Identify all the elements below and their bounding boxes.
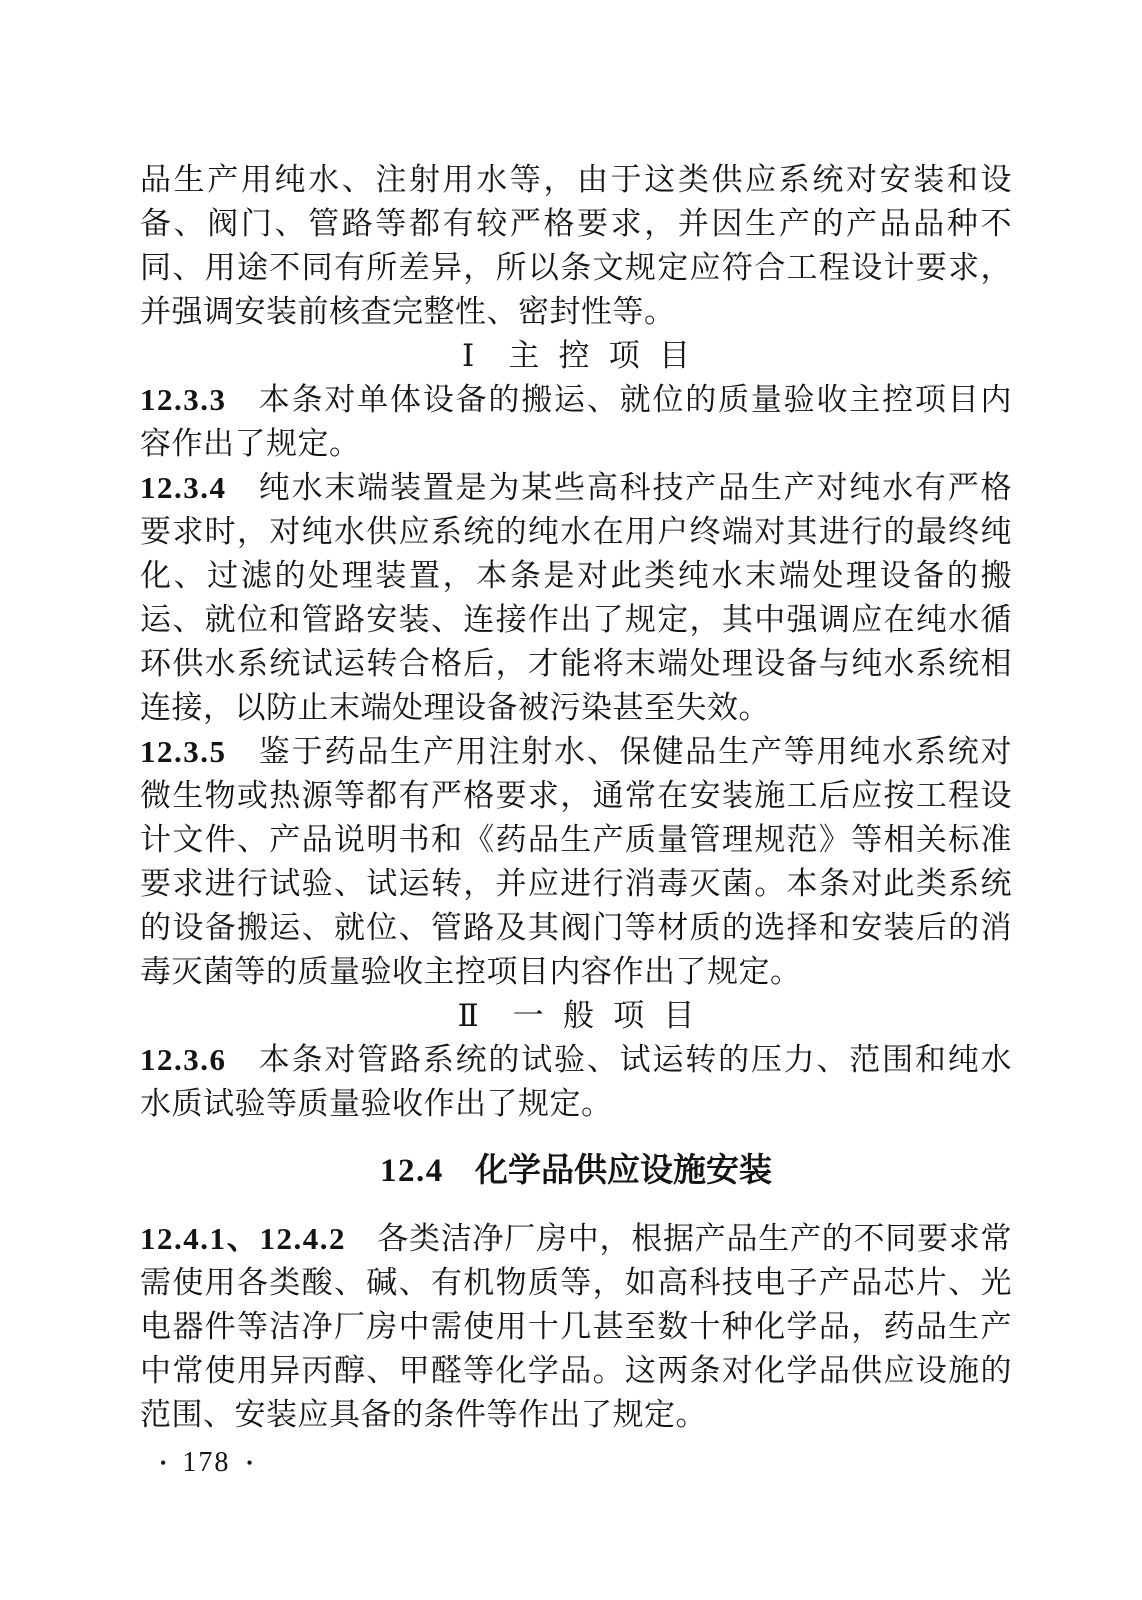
clause-12-3-6: 12.3.6本条对管路系统的试验、试运转的压力、范围和纯水水质试验等质量验收作出…: [140, 1038, 1012, 1126]
clause-number-12-3-5: 12.3.5: [140, 734, 227, 769]
heading-general-label: 一般项目: [513, 998, 714, 1033]
section-number-12-4: 12.4: [380, 1153, 444, 1189]
clause-number-12-3-4: 12.3.4: [140, 470, 227, 505]
footer-right-dot: •: [246, 1445, 252, 1481]
roman-numeral-one: Ⅰ: [462, 338, 474, 373]
document-page: 品生产用纯水、注射用水等，由于这类供应系统对安装和设备、阀门、管路等都有较严格要…: [0, 0, 1142, 1600]
clause-number-12-3-3: 12.3.3: [140, 382, 227, 417]
clause-12-3-4: 12.3.4纯水末端装置是为某些高科技产品生产对纯水有严格要求时，对纯水供应系统…: [140, 466, 1012, 730]
clause-12-3-3: 12.3.3本条对单体设备的搬运、就位的质量验收主控项目内容作出了规定。: [140, 378, 1012, 466]
clause-text-12-3-5: 鉴于药品生产用注射水、保健品生产等用纯水系统对微生物或热源等都有严格要求，通常在…: [140, 734, 1012, 989]
clause-text-12-3-4: 纯水末端装置是为某些高科技产品生产对纯水有严格要求时，对纯水供应系统的纯水在用户…: [140, 470, 1012, 725]
clause-number-12-3-6: 12.3.6: [140, 1042, 227, 1077]
clause-12-4-1-12-4-2: 12.4.1、12.4.2各类洁净厂房中，根据产品生产的不同要求常需使用各类酸、…: [140, 1217, 1012, 1437]
heading-general-items: Ⅱ一般项目: [140, 994, 1012, 1038]
clause-number-12-4-1-12-4-2: 12.4.1、12.4.2: [140, 1221, 346, 1256]
footer-left-dot: •: [160, 1445, 166, 1481]
continuation-paragraph: 品生产用纯水、注射用水等，由于这类供应系统对安装和设备、阀门、管路等都有较严格要…: [140, 158, 1012, 334]
section-heading-12-4: 12.4化学品供应设施安装: [140, 1148, 1012, 1193]
page-number: 178: [182, 1445, 230, 1481]
roman-numeral-two: Ⅱ: [458, 998, 479, 1033]
clause-text-12-3-3: 本条对单体设备的搬运、就位的质量验收主控项目内容作出了规定。: [140, 382, 1012, 461]
heading-main-control-label: 主控项目: [508, 338, 709, 373]
heading-main-control-items: Ⅰ主控项目: [140, 334, 1012, 378]
clause-text-12-3-6: 本条对管路系统的试验、试运转的压力、范围和纯水水质试验等质量验收作出了规定。: [140, 1042, 1012, 1121]
clause-12-3-5: 12.3.5鉴于药品生产用注射水、保健品生产等用纯水系统对微生物或热源等都有严格…: [140, 730, 1012, 994]
page-footer: • 178 •: [140, 1445, 1012, 1481]
section-title-12-4: 化学品供应设施安装: [475, 1151, 772, 1188]
